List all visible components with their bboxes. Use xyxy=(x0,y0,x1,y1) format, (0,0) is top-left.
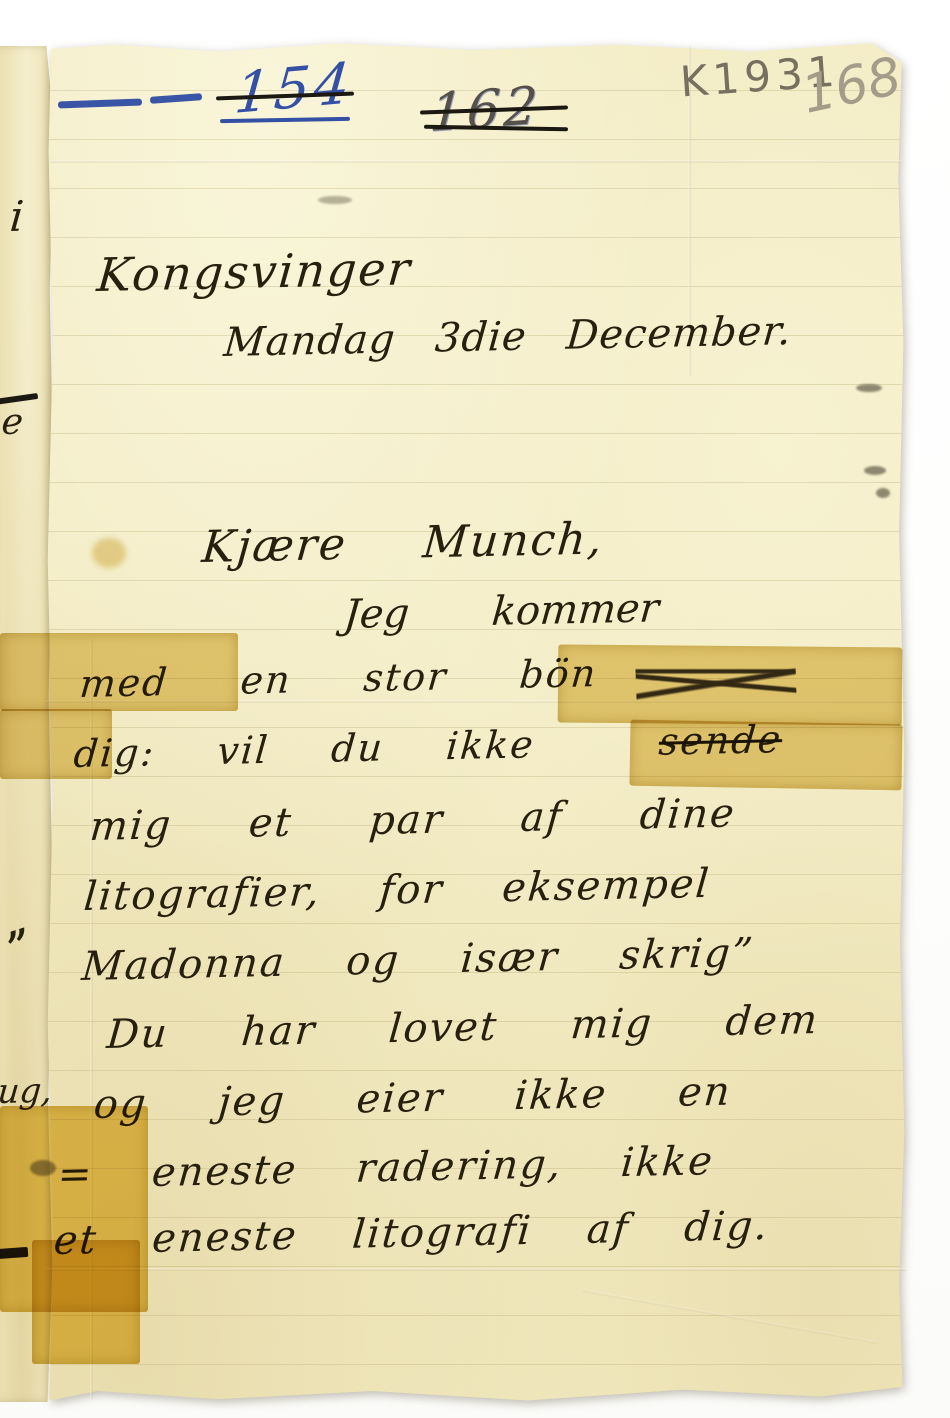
ink-smudge xyxy=(318,196,352,204)
ink-bleed-speck xyxy=(856,384,882,392)
tape-patch-left-upper xyxy=(0,633,238,711)
paper-stain xyxy=(92,538,126,568)
ink-bleed-speck xyxy=(876,488,890,498)
letter-place: Kongsvinger xyxy=(95,241,414,302)
crease-horizontal-bottom xyxy=(46,1268,906,1271)
tape-patch-right-upper xyxy=(558,645,903,726)
tape-patch-bottom-left-lower xyxy=(32,1240,140,1364)
letter-salutation: Kjære Munch, xyxy=(200,513,606,573)
left-page-fragment: e xyxy=(0,401,25,443)
struck-number-154: 154 xyxy=(232,51,356,127)
body-line-1: Jeg kommer xyxy=(342,585,661,638)
tape-patch-left-lower xyxy=(0,709,112,779)
ink-bleed-speck xyxy=(864,466,886,475)
scanned-letter: 154 162 K1931 168 i e „ ug, Kongsvinger … xyxy=(0,0,950,1418)
tape-patch-right-lower xyxy=(629,720,902,791)
crease-horizontal-top xyxy=(50,160,902,163)
